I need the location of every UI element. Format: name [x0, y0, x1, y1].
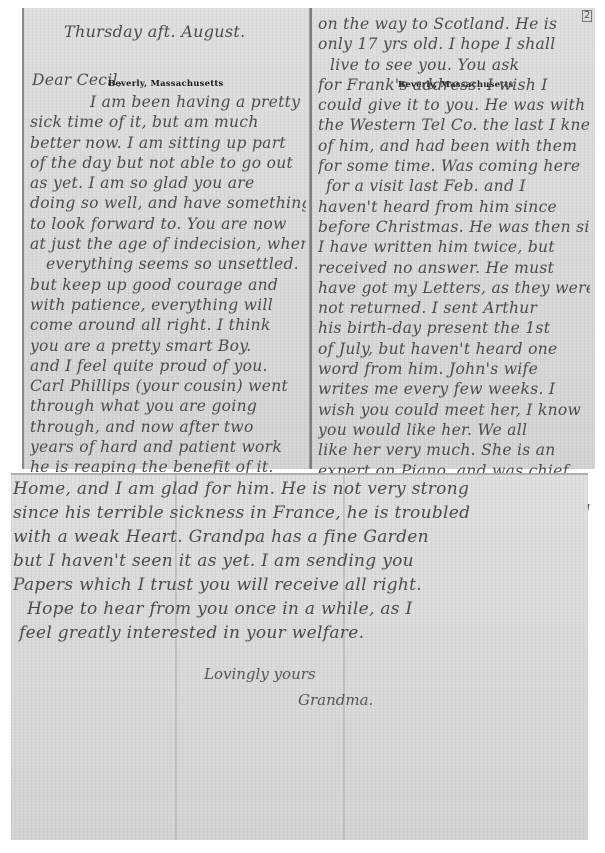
left-page-body: I am been having a pretty sick time of i…	[30, 92, 306, 518]
text-line: the Western Tel Co. the last I knew	[318, 115, 590, 135]
letter-page-left: Thursday aft. August. Dear Cecil, Beverl…	[22, 8, 310, 469]
text-line: of the day but not able to go out	[30, 153, 306, 173]
text-line: of July, but haven't heard one	[318, 339, 590, 359]
text-line: come around all right. I think	[30, 315, 306, 335]
text-line: before Christmas. He was then sick	[318, 217, 590, 237]
signature: Grandma.	[298, 691, 373, 709]
text-line: word from him. John's wife	[318, 359, 590, 379]
right-page-body: on the way to Scotland. He is only 17 yr…	[318, 14, 590, 521]
text-line: his birth-day present the 1st	[318, 318, 590, 338]
text-line: and I feel quite proud of you.	[30, 356, 306, 376]
text-line: with a weak Heart. Grandpa has a fine Ga…	[13, 527, 585, 551]
text-line: wish you could meet her, I know	[318, 400, 590, 420]
text-line: received no answer. He must	[318, 258, 590, 278]
text-line: for Frank's address. I wish I	[318, 75, 590, 95]
text-line: writes me every few weeks. I	[318, 379, 590, 399]
text-line: sick time of it, but am much	[30, 112, 306, 132]
date-line: Thursday aft. August.	[64, 22, 309, 42]
letter-page-right: 2 Beverly, Massachusetts on the way to S…	[310, 8, 595, 469]
text-line: you are a pretty smart Boy.	[30, 336, 306, 356]
text-line: feel greatly interested in your welfare.	[13, 623, 585, 647]
text-line: everything seems so unsettled.	[30, 254, 306, 274]
text-line: through what you are going	[30, 396, 306, 416]
bottom-page-body: Home, and I am glad for him. He is not v…	[13, 479, 585, 647]
text-line: like her very much. She is an	[318, 440, 590, 460]
text-line: Home, and I am glad for him. He is not v…	[13, 479, 585, 503]
text-line: with patience, everything will	[30, 295, 306, 315]
closing: Lovingly yours	[204, 665, 316, 683]
text-line: I am been having a pretty	[30, 92, 306, 112]
text-line: live to see you. You ask	[318, 55, 590, 75]
text-line: since his terrible sickness in France, h…	[13, 503, 585, 527]
text-line: only 17 yrs old. I hope I shall	[318, 34, 590, 54]
text-line: but I haven't seen it as yet. I am sendi…	[13, 551, 585, 575]
letterhead: Beverly, Massachusetts	[108, 79, 223, 89]
letter-page-bottom: Home, and I am glad for him. He is not v…	[11, 473, 588, 840]
text-line: for some time. Was coming here	[318, 156, 590, 176]
text-line: Papers which I trust you will receive al…	[13, 575, 585, 599]
text-line: to look forward to. You are now	[30, 214, 306, 234]
text-line: Carl Phillips (your cousin) went	[30, 376, 306, 396]
text-line: Hope to hear from you once in a while, a…	[13, 599, 585, 623]
text-line: of him, and had been with them	[318, 136, 590, 156]
text-line: but keep up good courage and	[30, 275, 306, 295]
text-line: doing so well, and have something	[30, 193, 306, 213]
text-line: you would like her. We all	[318, 420, 590, 440]
text-line: through, and now after two	[30, 417, 306, 437]
text-line: for a visit last Feb. and I	[318, 176, 590, 196]
text-line: haven't heard from him since	[318, 197, 590, 217]
text-line: years of hard and patient work	[30, 437, 306, 457]
text-line: on the way to Scotland. He is	[318, 14, 590, 34]
text-line: as yet. I am so glad you are	[30, 173, 306, 193]
text-line: not returned. I sent Arthur	[318, 298, 590, 318]
text-line: at just the age of indecision, when	[30, 234, 306, 254]
text-line: I have written him twice, but	[318, 237, 590, 257]
text-line: could give it to you. He was with	[318, 95, 590, 115]
text-line: better now. I am sitting up part	[30, 133, 306, 153]
text-line: have got my Letters, as they were	[318, 278, 590, 298]
